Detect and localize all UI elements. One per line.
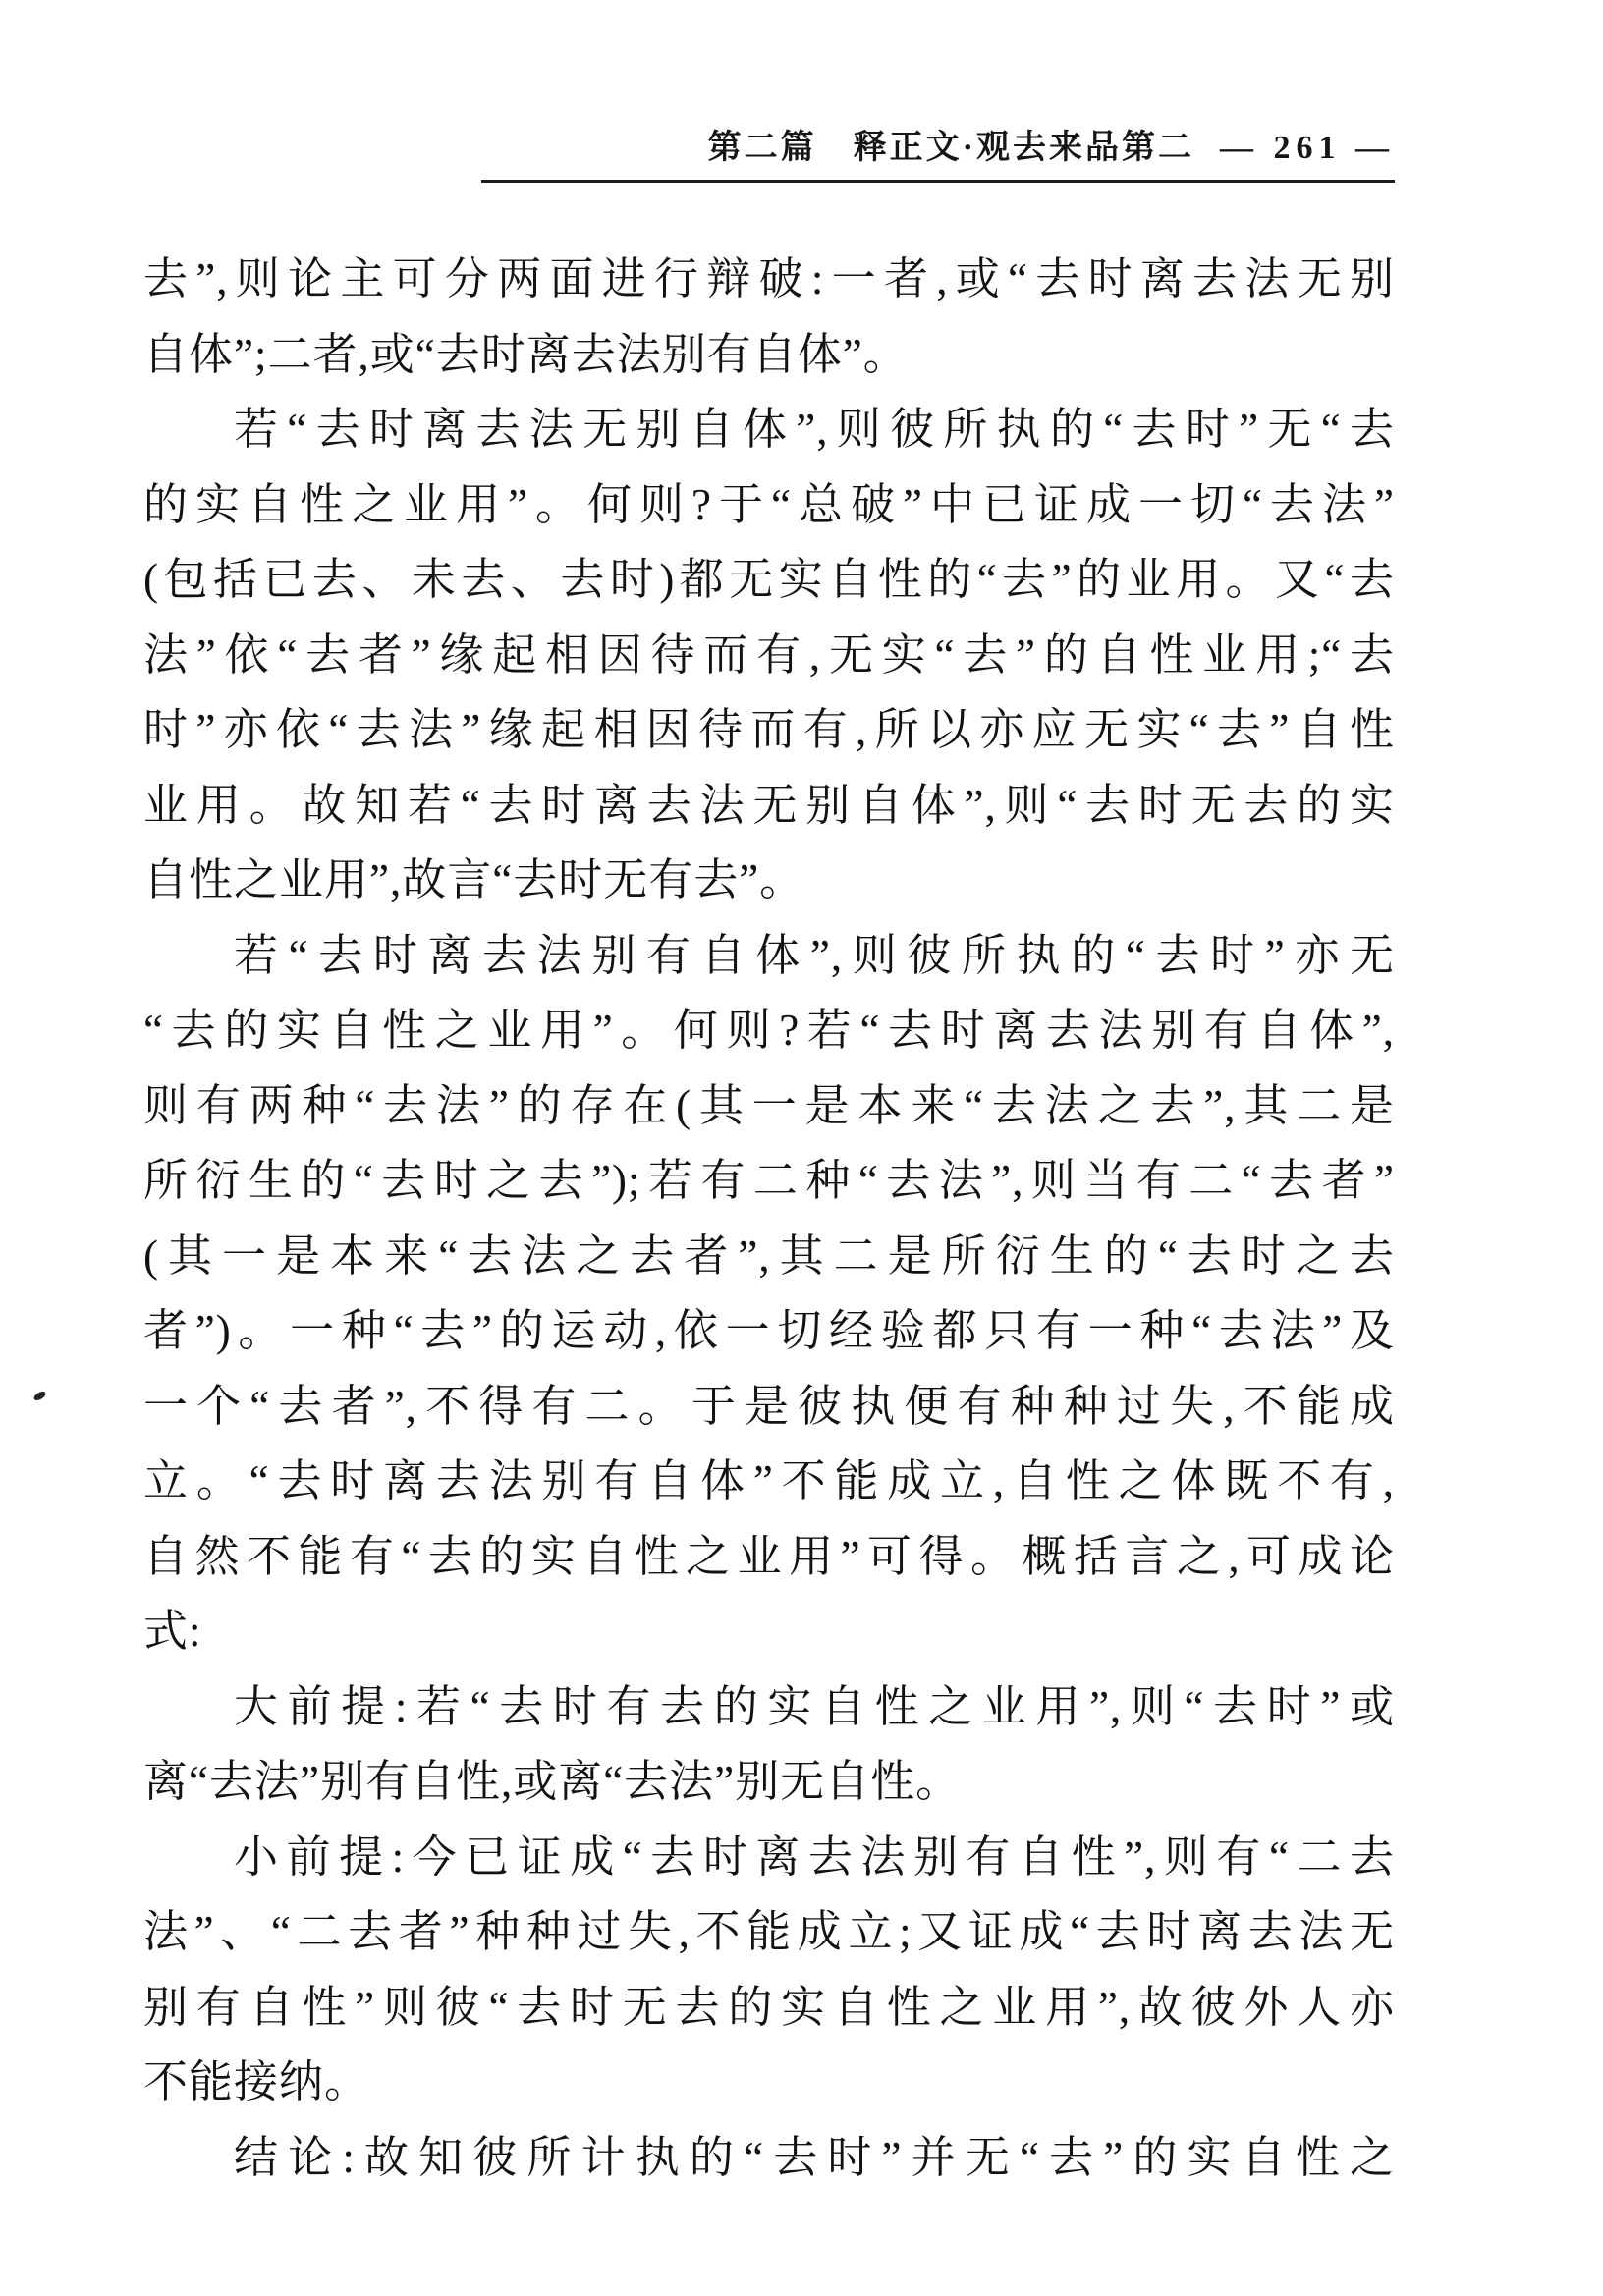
text-line: 法”、“二去者”种种过失,不能成立;又证成“去时离去法无 — [143, 1894, 1395, 1970]
text-line: 若“去时离去法无别自体”,则彼所执的“去时”无“去 — [143, 392, 1395, 467]
text-line: 所衍生的“去时之去”);若有二种“去法”,则当有二“去者” — [143, 1143, 1395, 1219]
text-line: 离“去法”别有自性,或离“去法”别无自性。 — [143, 1744, 1395, 1820]
text-line: 自体”;二者,或“去时离去法别有自体”。 — [143, 317, 1395, 393]
text-line: 者”)。一种“去”的运动,依一切经验都只有一种“去法”及 — [143, 1293, 1395, 1369]
running-header-title: 第二篇 释正文·观去来品第二 — [708, 130, 1194, 166]
text-line: 的实自性之业用”。何则?于“总破”中已证成一切“去法” — [143, 467, 1395, 543]
scan-speck — [32, 1390, 47, 1402]
text-line: (包括已去、未去、去时)都无实自性的“去”的业用。又“去 — [143, 542, 1395, 618]
text-line: 去”,则论主可分两面进行辩破:一者,或“去时离去法无别 — [143, 242, 1395, 317]
text-line: 大前提:若“去时有去的实自性之业用”,则“去时”或 — [143, 1669, 1395, 1745]
text-line: 结论:故知彼所计执的“去时”并无“去”的实自性之 — [143, 2120, 1395, 2196]
page-number: — 261 — — [1220, 130, 1395, 166]
header-rule — [481, 180, 1395, 183]
text-line: 自性之业用”,故言“去时无有去”。 — [143, 843, 1395, 918]
text-line: 立。“去时离去法别有自体”不能成立,自性之体既不有, — [143, 1444, 1395, 1519]
text-line: 不能接纳。 — [143, 2045, 1395, 2120]
text-line: 若“去时离去法别有自体”,则彼所执的“去时”亦无 — [143, 918, 1395, 994]
text-line: 业用。故知若“去时离去法无别自体”,则“去时无去的实 — [143, 768, 1395, 844]
text-line: 自然不能有“去的实自性之业用”可得。概括言之,可成论 — [143, 1519, 1395, 1595]
text-line: “去的实自性之业用”。何则?若“去时离去法别有自体”, — [143, 993, 1395, 1068]
text-line: 小前提:今已证成“去时离去法别有自性”,则有“二去 — [143, 1820, 1395, 1895]
body-text: 去”,则论主可分两面进行辩破:一者,或“去时离去法无别 自体”;二者,或“去时离… — [143, 242, 1395, 2195]
text-line: 一个“去者”,不得有二。于是彼执便有种种过失,不能成 — [143, 1369, 1395, 1445]
text-line: 时”亦依“去法”缘起相因待而有,所以亦应无实“去”自性 — [143, 692, 1395, 768]
text-line: 别有自性”则彼“去时无去的实自性之业用”,故彼外人亦 — [143, 1970, 1395, 2046]
book-page: 第二篇 释正文·观去来品第二— 261 — 去”,则论主可分两面进行辩破:一者,… — [0, 0, 1603, 2296]
text-line: 则有两种“去法”的存在(其一是本来“去法之去”,其二是 — [143, 1068, 1395, 1144]
text-line: 式: — [143, 1594, 1395, 1669]
text-line: (其一是本来“去法之去者”,其二是所衍生的“去时之去 — [143, 1219, 1395, 1294]
running-header: 第二篇 释正文·观去来品第二— 261 — — [481, 120, 1395, 168]
text-line: 法”依“去者”缘起相因待而有,无实“去”的自性业用;“去 — [143, 618, 1395, 693]
